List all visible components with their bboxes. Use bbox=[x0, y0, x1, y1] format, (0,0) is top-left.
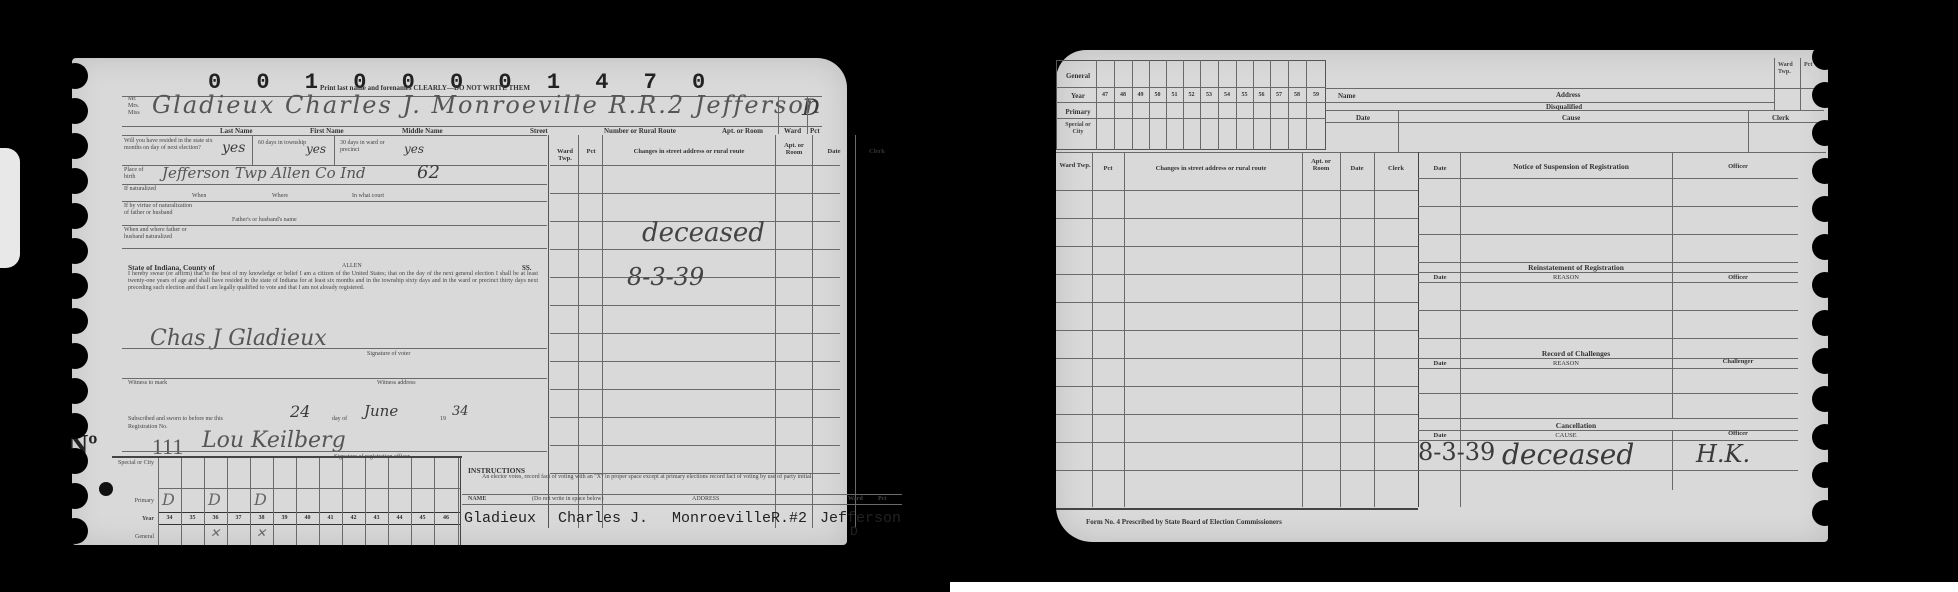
year-cell: 59 bbox=[1306, 92, 1326, 98]
registration-card-front: 0 0 1 0 0 0 0 1 4 7 0 Print last name an… bbox=[72, 58, 847, 545]
col-apt: Apt. or Room bbox=[777, 142, 811, 156]
label-year-prefix: 19 bbox=[440, 416, 446, 423]
q-township: 60 days in township bbox=[258, 140, 308, 147]
label-tab-pct: Pct bbox=[878, 496, 886, 503]
label-disq-pct: Pct bbox=[1804, 62, 1812, 69]
a-state-residence: yes bbox=[222, 140, 245, 156]
general-mark-36: ✕ bbox=[210, 526, 220, 540]
label-day-of: day of bbox=[332, 416, 347, 423]
year-cell: 56 bbox=[1253, 92, 1270, 98]
primary-mark-38: D bbox=[254, 490, 267, 509]
row-primary: Primary bbox=[114, 498, 154, 505]
col-suspension-officer: Officer bbox=[1678, 163, 1798, 170]
label-father-naturalization: If by virtue of naturalization of father… bbox=[124, 203, 194, 217]
cancellation-title: Cancellation bbox=[1476, 422, 1676, 429]
film-artifact bbox=[0, 148, 20, 268]
typed-township: Jefferson bbox=[820, 510, 901, 527]
row-special-city: Special or City bbox=[114, 460, 154, 467]
col-changes: Changes in street address or rural route bbox=[604, 148, 774, 155]
row-year: Year bbox=[1060, 92, 1096, 100]
instructions-text: An elector votes, record fact of voting … bbox=[482, 474, 902, 481]
primary-mark-36: D bbox=[208, 490, 221, 509]
col-reinstatement-reason: REASON bbox=[1476, 274, 1656, 281]
label-witness: Witness to mark bbox=[128, 380, 167, 387]
typed-first-name: Charles J. bbox=[558, 510, 648, 527]
year-cell: 57 bbox=[1270, 92, 1288, 98]
col-ward-twp: Ward Twp. bbox=[1058, 162, 1092, 169]
label-voter-signature: Signature of voter bbox=[367, 351, 410, 358]
col-pct: Pct bbox=[1094, 165, 1122, 172]
general-mark-38: ✕ bbox=[256, 526, 266, 540]
year-cell: 40 bbox=[296, 515, 319, 521]
year-cell: 43 bbox=[365, 515, 388, 521]
year-cell: 49 bbox=[1132, 92, 1149, 98]
label-middle-name: Middle Name bbox=[402, 127, 443, 135]
col-ward-twp: Ward Twp. bbox=[550, 148, 580, 162]
label-first-name: First Name bbox=[310, 127, 344, 135]
subscribed-year: 34 bbox=[452, 404, 469, 419]
col-challenges-date: Date bbox=[1420, 360, 1460, 367]
label-court: In what court bbox=[352, 193, 384, 200]
year-cell: 47 bbox=[1096, 92, 1114, 98]
row-year: Year bbox=[114, 516, 154, 523]
year-cell: 50 bbox=[1149, 92, 1166, 98]
col-cancellation-officer: Officer bbox=[1678, 430, 1798, 437]
year-cell: 54 bbox=[1218, 92, 1236, 98]
primary-mark-34: D bbox=[162, 490, 175, 509]
year-cell: 55 bbox=[1236, 92, 1253, 98]
form-footer: Form No. 4 Prescribed by State Board of … bbox=[1086, 518, 1282, 526]
col-date: Date bbox=[1340, 165, 1374, 172]
year-cell: 52 bbox=[1183, 92, 1200, 98]
cancellation-date: 8-3-39 bbox=[1418, 438, 1495, 466]
year-cell: 37 bbox=[227, 515, 250, 521]
year-cell: 39 bbox=[273, 515, 296, 521]
label-where: Where bbox=[272, 193, 288, 200]
year-cell: 36 bbox=[204, 515, 227, 521]
label-disq-ward: Ward Twp. bbox=[1778, 62, 1798, 76]
year-cell: 46 bbox=[434, 515, 458, 521]
label-street: Street bbox=[530, 127, 548, 135]
year-cell: 35 bbox=[181, 515, 204, 521]
row-general: General bbox=[114, 534, 154, 541]
col-changes: Changes in street address or rural route bbox=[1126, 165, 1296, 172]
salutation-labels: Mr. Mrs. Miss bbox=[128, 96, 140, 117]
oath-county: ALLEN bbox=[342, 263, 362, 270]
year-cell: 58 bbox=[1288, 92, 1306, 98]
col-challenges-challenger: Challenger bbox=[1678, 358, 1798, 365]
cancellation-cause: deceased bbox=[1502, 438, 1634, 471]
label-ward: Ward bbox=[784, 127, 801, 135]
label-disq-clerk: Clerk bbox=[1772, 114, 1789, 122]
age-value: 62 bbox=[417, 162, 440, 183]
a-ward: yes bbox=[404, 142, 424, 156]
label-number: Number or Rural Route bbox=[604, 127, 676, 135]
label-father-name: Father's or husband's name bbox=[232, 217, 297, 224]
year-cell: 44 bbox=[388, 515, 411, 521]
year-cell: 48 bbox=[1114, 92, 1132, 98]
col-clerk: Clerk bbox=[1376, 165, 1416, 172]
typed-ward: D bbox=[850, 524, 858, 539]
row-general: General bbox=[1060, 72, 1096, 80]
row-primary: Primary bbox=[1060, 108, 1096, 116]
year-cell: 53 bbox=[1200, 92, 1218, 98]
challenges-title: Record of Challenges bbox=[1476, 350, 1676, 357]
year-cell: 34 bbox=[158, 515, 181, 521]
birth-place-value: Jefferson Twp Allen Co Ind bbox=[162, 164, 366, 182]
subscribed-month: June bbox=[364, 402, 398, 420]
label-disq-name: Name bbox=[1338, 92, 1356, 100]
typed-last-name: Gladieux bbox=[464, 510, 536, 527]
q-state-residence: Will you have resided in the state six m… bbox=[124, 138, 216, 152]
label-tab-ward: Ward bbox=[848, 496, 863, 503]
note-date: 8-3-39 bbox=[627, 263, 704, 291]
label-birth-place: Place of birth bbox=[124, 167, 154, 181]
col-challenges-reason: REASON bbox=[1476, 360, 1656, 367]
a-township: yes bbox=[306, 142, 326, 156]
col-clerk: Clerk bbox=[857, 148, 897, 155]
label-apt: Apt. or Room bbox=[722, 127, 763, 135]
label-disq-cause: Cause bbox=[1562, 114, 1580, 122]
label-when: When bbox=[192, 193, 206, 200]
label-address: ADDRESS bbox=[692, 496, 719, 503]
col-date: Date bbox=[814, 148, 854, 155]
voter-name-handwritten: Gladieux Charles J. Monroeville R.R.2 Je… bbox=[152, 91, 822, 119]
label-subscribed: Subscribed and sworn to before me this bbox=[128, 416, 223, 423]
label-do-not-write: (Do not write in space below) bbox=[532, 496, 603, 503]
film-edge-strip bbox=[950, 582, 1958, 592]
subscribed-day: 24 bbox=[290, 402, 310, 421]
col-suspension-notice: Notice of Suspension of Registration bbox=[1466, 163, 1676, 170]
label-witness-address: Witness address bbox=[377, 380, 416, 387]
year-cell: 41 bbox=[319, 515, 342, 521]
officer-signature: Lou Keilberg bbox=[202, 428, 346, 453]
col-suspension-date: Date bbox=[1420, 165, 1460, 172]
label-disq-date: Date bbox=[1356, 114, 1370, 122]
registration-card-back: General Year Primary Special or City 47 … bbox=[1056, 50, 1828, 542]
label-last-name: Last Name bbox=[220, 127, 252, 135]
label-disq-address: Address bbox=[1556, 91, 1580, 99]
typed-address: MonroevilleR.#2 bbox=[672, 510, 807, 527]
oath-text: I hereby swear (or affirm) that to the b… bbox=[128, 271, 538, 292]
col-reinstatement-officer: Officer bbox=[1678, 274, 1798, 281]
label-name: NAME bbox=[468, 496, 486, 503]
label-naturalized: If naturalized bbox=[124, 186, 164, 193]
year-cell: 38 bbox=[250, 515, 273, 521]
col-apt: Apt. or Room bbox=[1304, 158, 1338, 172]
year-cell: 45 bbox=[411, 515, 434, 521]
reinstatement-title: Reinstatement of Registration bbox=[1476, 264, 1676, 271]
row-special-city: Special or City bbox=[1060, 122, 1096, 136]
note-deceased: deceased bbox=[642, 218, 765, 248]
label-father-when-where: When and where father or husband natural… bbox=[124, 227, 204, 241]
col-pct: Pct bbox=[580, 148, 602, 155]
col-reinstatement-date: Date bbox=[1420, 274, 1460, 281]
ward-handwritten: D bbox=[802, 96, 820, 121]
cancellation-officer: H.K. bbox=[1696, 440, 1750, 468]
year-cell: 42 bbox=[342, 515, 365, 521]
label-registration-no: Registration No. bbox=[128, 424, 168, 431]
bullet-marker bbox=[99, 482, 113, 496]
year-cell: 51 bbox=[1166, 92, 1183, 98]
q-ward: 30 days in ward or precinct bbox=[340, 140, 396, 154]
label-pct: Pct bbox=[810, 127, 820, 135]
